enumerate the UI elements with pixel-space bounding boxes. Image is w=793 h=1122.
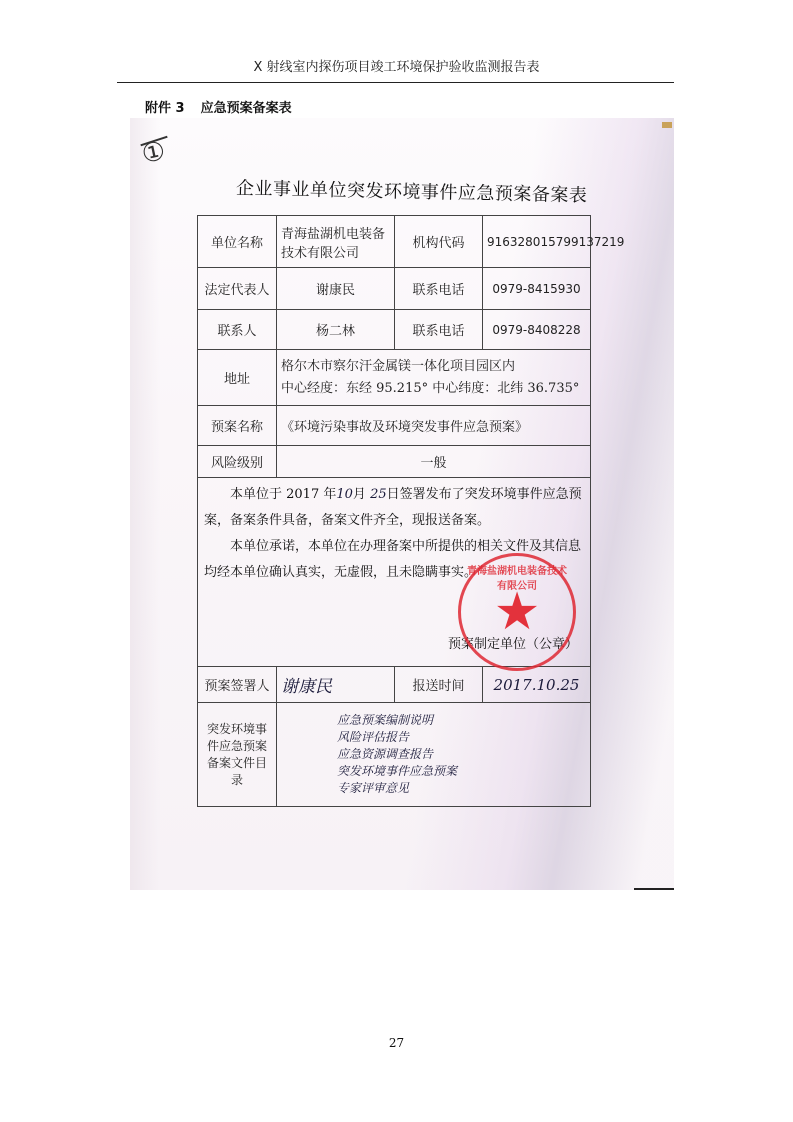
address-value: 格尔木市察尔汗金属镁一体化项目园区内 中心经度：东经 95.215° 中心纬度：… xyxy=(277,350,591,406)
address-label: 地址 xyxy=(198,350,277,406)
page-number: 27 xyxy=(0,1036,793,1050)
company-seal: 青海盐湖机电装备技术有限公司 ★ xyxy=(458,553,576,671)
plan-name-value: 《环境污染事故及环境突发事件应急预案》 xyxy=(277,406,591,446)
appendix-label: 附件 3 xyxy=(145,101,185,116)
contact-label: 联系人 xyxy=(198,310,277,350)
handwritten-month: 10 xyxy=(336,487,353,502)
org-code-label: 机构代码 xyxy=(395,216,483,268)
address-line: 格尔木市察尔汗金属镁一体化项目园区内 xyxy=(281,356,586,378)
statement-line: 案，备案条件具备，备案文件齐全，现报送备案。 xyxy=(204,508,584,534)
table-row: 预案签署人 谢康民 报送时间 2017.10.25 xyxy=(198,667,591,703)
statement-line: 本单位于 2017 年10月 25日签署发布了突发环境事件应急预 xyxy=(204,482,584,508)
running-header: X 射线室内探伤项目竣工环境保护验收监测报告表 xyxy=(0,56,793,75)
photo-edge xyxy=(634,888,674,890)
legal-rep-phone-label: 联系电话 xyxy=(395,268,483,310)
appendix-name: 应急预案备案表 xyxy=(201,101,292,116)
table-row: 单位名称 青海盐湖机电装备技术有限公司 机构代码 916328015799137… xyxy=(198,216,591,268)
unit-name-value: 青海盐湖机电装备技术有限公司 xyxy=(277,216,395,268)
table-row: 预案名称 《环境污染事故及环境突发事件应急预案》 xyxy=(198,406,591,446)
risk-level-label: 风险级别 xyxy=(198,446,277,478)
legal-rep-value: 谢康民 xyxy=(277,268,395,310)
table-row: 地址 格尔木市察尔汗金属镁一体化项目园区内 中心经度：东经 95.215° 中心… xyxy=(198,350,591,406)
list-item: 应急资源调查报告 xyxy=(337,746,586,763)
file-list: 应急预案编制说明 风险评估报告 应急资源调查报告 突发环境事件应急预案 专家评审… xyxy=(277,703,591,807)
star-icon: ★ xyxy=(461,584,573,640)
legal-rep-phone-value: 0979-8415930 xyxy=(483,268,591,310)
legal-rep-label: 法定代表人 xyxy=(198,268,277,310)
contact-value: 杨二林 xyxy=(277,310,395,350)
tape-mark xyxy=(662,122,672,128)
org-code-value: 916328015799137219 xyxy=(483,216,591,268)
filing-form-table: 单位名称 青海盐湖机电装备技术有限公司 机构代码 916328015799137… xyxy=(197,215,591,807)
list-item: 风险评估报告 xyxy=(337,729,586,746)
table-row: 风险级别 一般 xyxy=(198,446,591,478)
contact-phone-value: 0979-8408228 xyxy=(483,310,591,350)
signer-signature: 谢康民 xyxy=(277,667,395,703)
list-item: 突发环境事件应急预案 xyxy=(337,763,586,780)
submit-time-value: 2017.10.25 xyxy=(483,667,591,703)
header-rule xyxy=(117,82,674,83)
risk-level-value: 一般 xyxy=(277,446,591,478)
coordinates-line: 中心经度：东经 95.215° 中心纬度：北纬 36.735° xyxy=(281,378,586,400)
submit-time-label: 报送时间 xyxy=(395,667,483,703)
list-item: 专家评审意见 xyxy=(337,780,586,797)
signer-label: 预案签署人 xyxy=(198,667,277,703)
list-item: 应急预案编制说明 xyxy=(337,712,586,729)
handwritten-day: 25 xyxy=(370,487,387,502)
unit-name-label: 单位名称 xyxy=(198,216,277,268)
plan-name-label: 预案名称 xyxy=(198,406,277,446)
table-row: 突发环境事件应急预案备案文件目录 应急预案编制说明 风险评估报告 应急资源调查报… xyxy=(198,703,591,807)
table-row: 联系人 杨二林 联系电话 0979-8408228 xyxy=(198,310,591,350)
table-row: 法定代表人 谢康民 联系电话 0979-8415930 xyxy=(198,268,591,310)
contact-phone-label: 联系电话 xyxy=(395,310,483,350)
file-list-label: 突发环境事件应急预案备案文件目录 xyxy=(198,703,277,807)
appendix-title: 附件 3应急预案备案表 xyxy=(145,97,292,116)
